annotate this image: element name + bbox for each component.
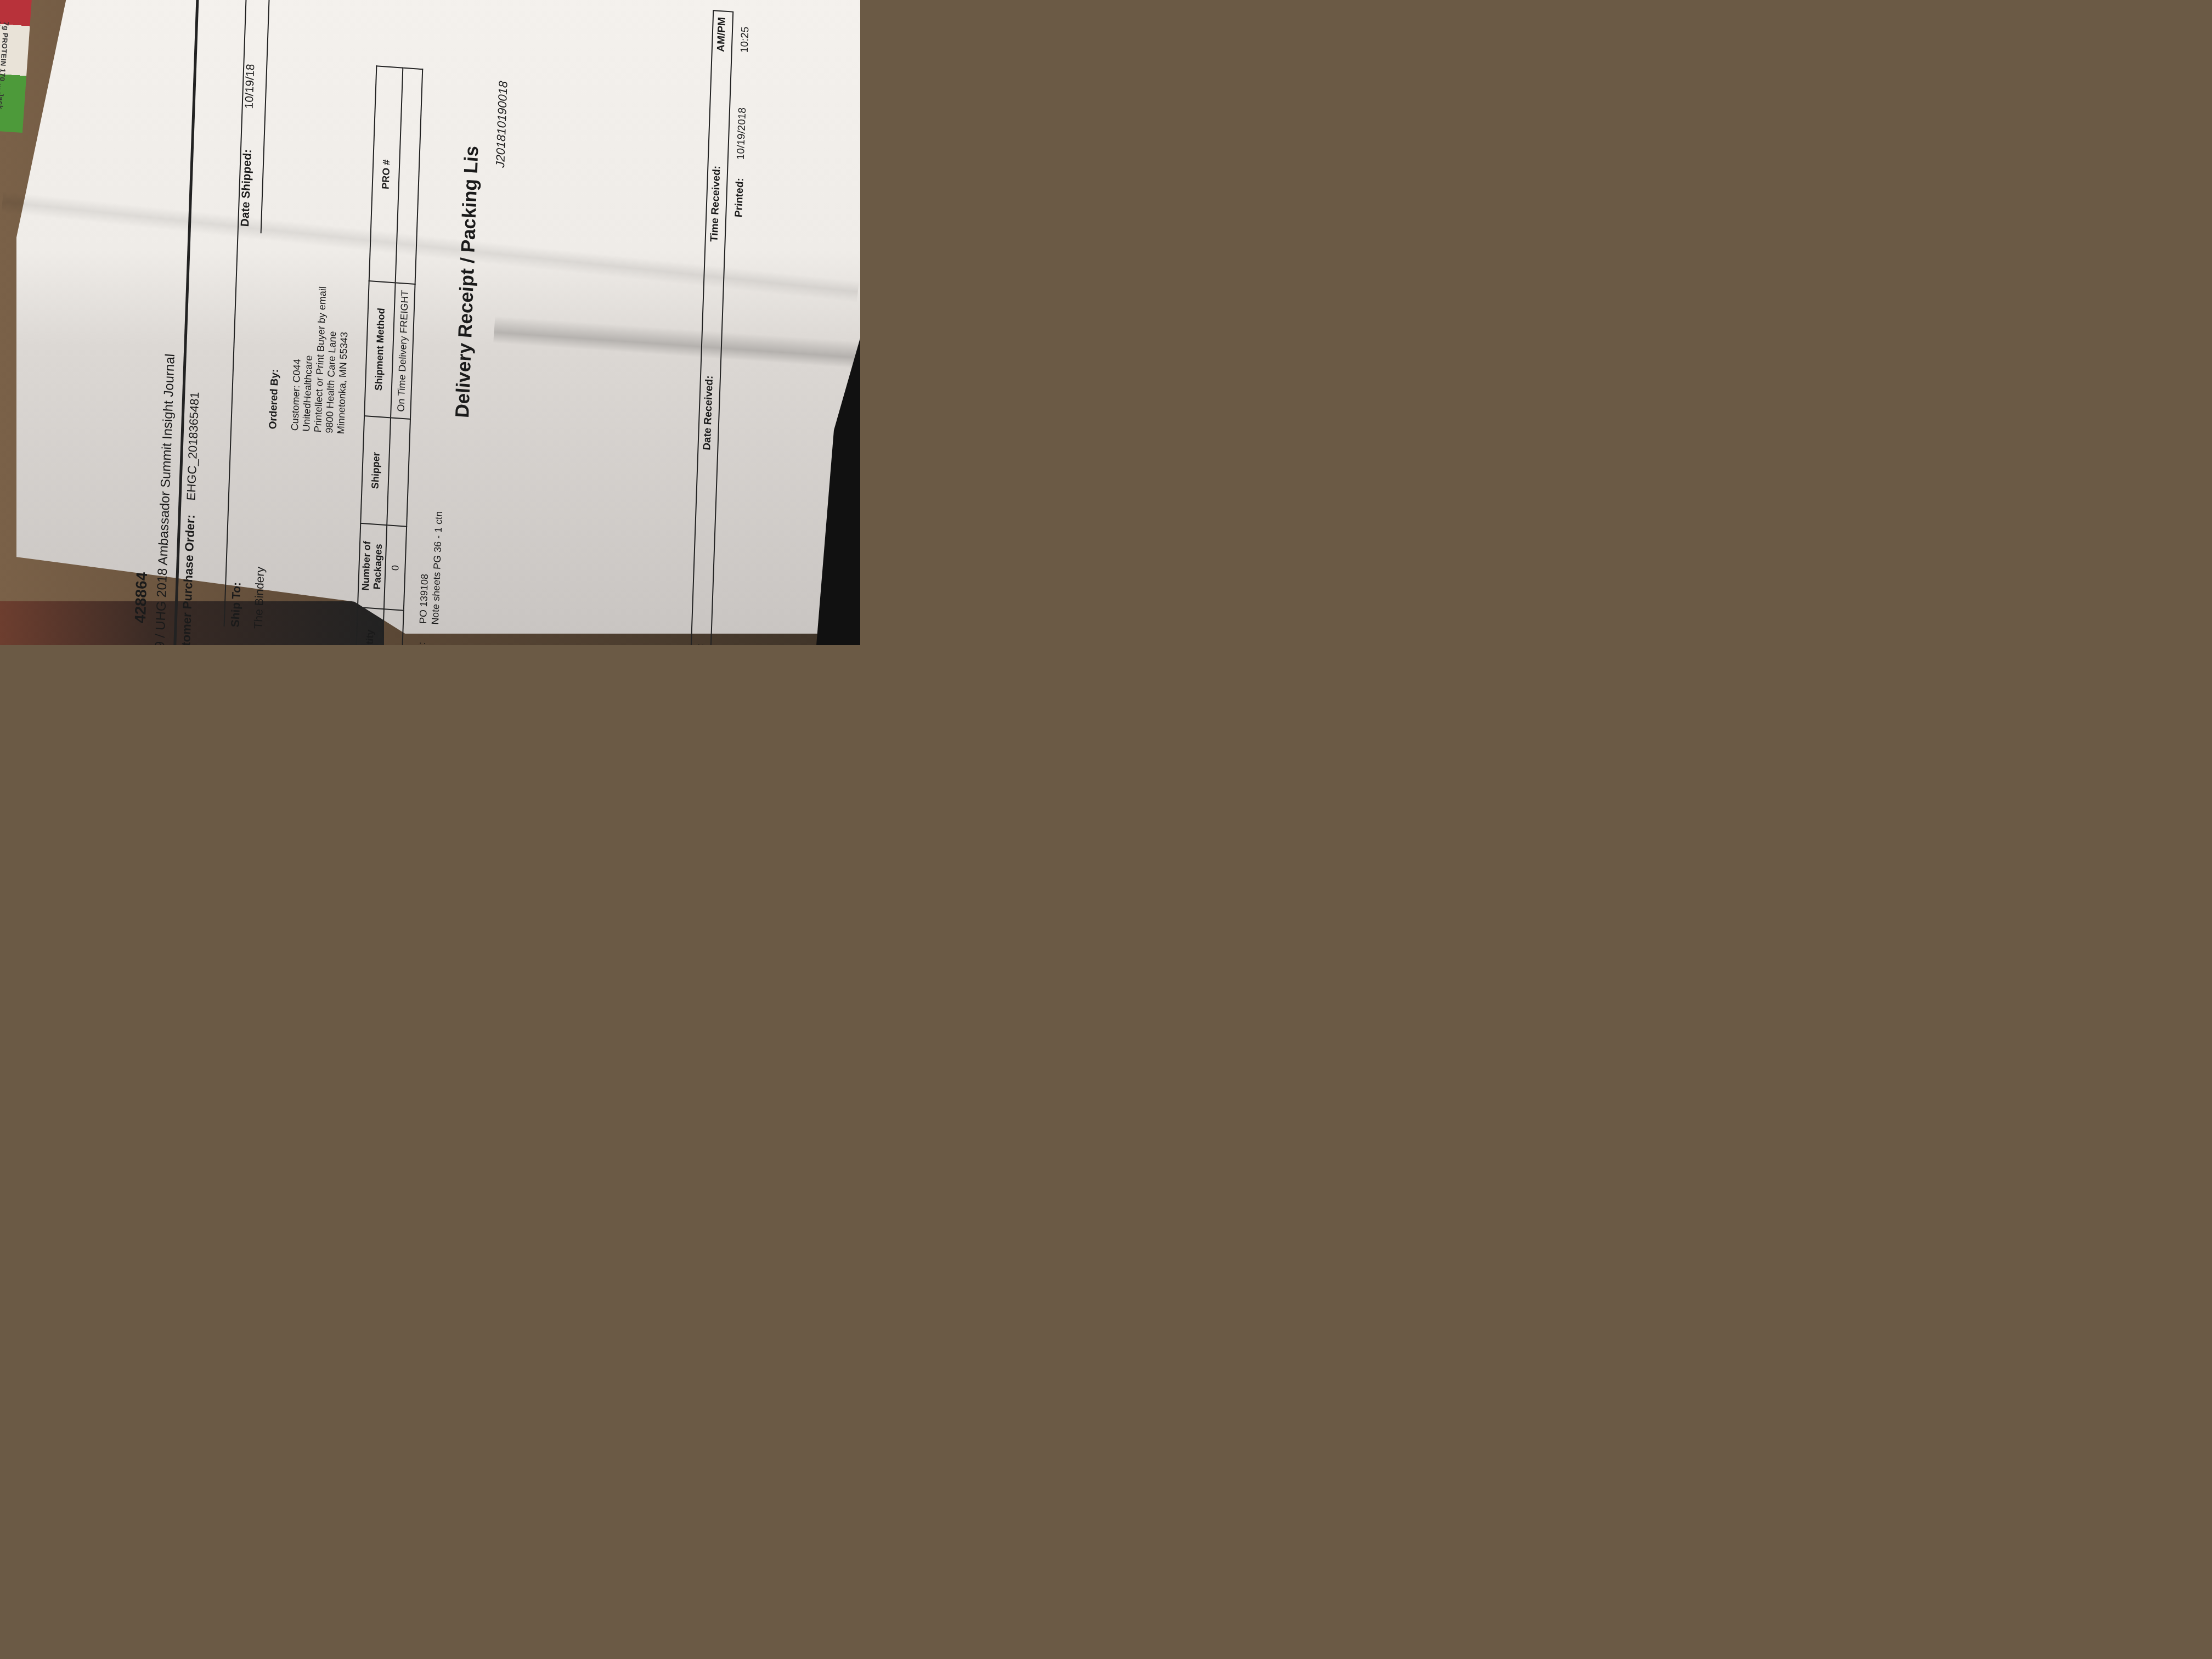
date-received-label: Date Received: — [701, 375, 716, 451]
header-shipper: Shipper — [360, 416, 391, 525]
cell-packages: 0 — [384, 525, 407, 610]
ordered-by-label: Ordered By: — [267, 369, 281, 430]
ship-to-label: Ship To: — [229, 582, 244, 628]
date-shipped-value: 10/19/18 — [243, 64, 258, 109]
printed-time: 10:25 — [739, 26, 752, 53]
time-received-label: Time Received: — [709, 165, 724, 242]
date-shipped-label: Date Shipped: — [239, 149, 255, 227]
delivery-receipt: Delivery Receipt / Packing Lis J20181019… — [129, 50, 860, 645]
snack-label: 7g PROTEIN 170 ... Jack Natural — [0, 21, 10, 132]
printed-label: Printed: — [733, 178, 746, 218]
document-number: J201810190018 — [493, 81, 510, 168]
instructions-label: Instructions: — [414, 641, 427, 645]
instructions-text: PO 139108 Note sheets PG 36 - 1 ctn — [417, 510, 445, 625]
cell-quantity: 0 — [381, 609, 404, 645]
customer-po-value: EHGC_2018365481 — [184, 391, 202, 501]
cell-shipment-method: On Time Delivery FREIGHT — [391, 283, 415, 419]
cell-shipper — [387, 417, 410, 527]
header-shipment-method: Shipment Method — [364, 281, 396, 417]
received-by-label: Received By: — [692, 643, 707, 645]
shipment-table: Quantity Number of Packages Shipper Ship… — [354, 65, 424, 645]
header-packages: Number of Packages — [358, 523, 387, 609]
ship-to-value: The Bindery — [252, 566, 267, 629]
printed-date: 10/19/2018 — [735, 107, 749, 160]
job-description: M51139 / UHG 2018 Ambassador Summit Insi… — [151, 353, 178, 645]
header-quantity: Quantity — [355, 607, 384, 645]
job-number: 428864 — [132, 572, 151, 624]
ampm-label: AM/PM — [715, 16, 729, 52]
customer-po-label: Customer Purchase Order: — [178, 514, 198, 645]
receipt-signature-box: Received By: Date Received: Time Receive… — [689, 10, 734, 645]
ordered-by-address: Customer: C044 UnitedHealthcare Printell… — [289, 285, 352, 435]
document-title: Delivery Receipt / Packing Lis — [452, 66, 486, 419]
